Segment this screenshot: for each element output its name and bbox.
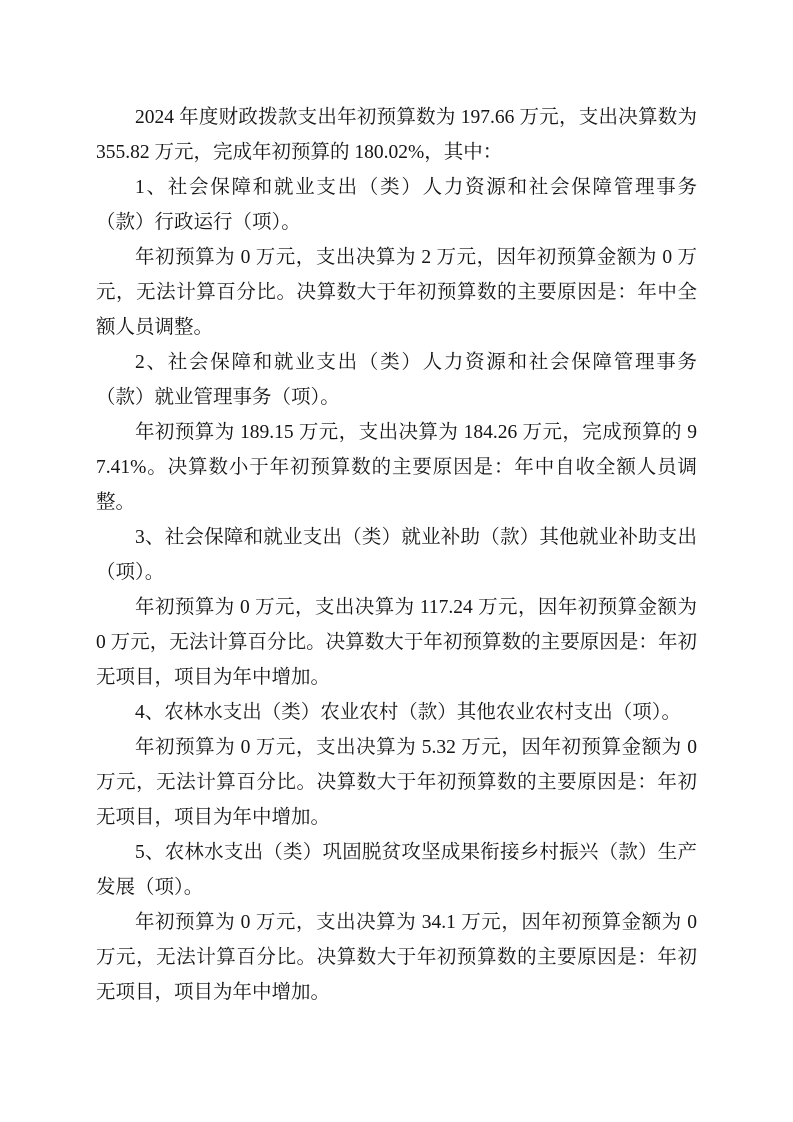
document-page: 2024 年度财政拨款支出年初预算数为 197.66 万元，支出决算数为 355…	[0, 0, 793, 1122]
paragraph-item1-detail: 年初预算为 0 万元，支出决算为 2 万元，因年初预算金额为 0 万元，无法计算…	[96, 240, 697, 345]
paragraph-item5-detail: 年初预算为 0 万元，支出决算为 34.1 万元，因年初预算金额为 0 万元，无…	[96, 905, 697, 1010]
paragraph-item1-title: 1、社会保障和就业支出（类）人力资源和社会保障管理事务（款）行政运行（项）。	[96, 170, 697, 240]
document-body: 2024 年度财政拨款支出年初预算数为 197.66 万元，支出决算数为 355…	[96, 100, 697, 1010]
paragraph-item3-title: 3、社会保障和就业支出（类）就业补助（款）其他就业补助支出（项）。	[96, 520, 697, 590]
paragraph-item2-title: 2、社会保障和就业支出（类）人力资源和社会保障管理事务（款）就业管理事务（项）。	[96, 345, 697, 415]
paragraph-item2-detail: 年初预算为 189.15 万元，支出决算为 184.26 万元，完成预算的 97…	[96, 415, 697, 520]
paragraph-item4-title: 4、农林水支出（类）农业农村（款）其他农业农村支出（项）。	[96, 695, 697, 730]
paragraph-item3-detail: 年初预算为 0 万元，支出决算为 117.24 万元，因年初预算金额为 0 万元…	[96, 590, 697, 695]
paragraph-item4-detail: 年初预算为 0 万元，支出决算为 5.32 万元，因年初预算金额为 0 万元，无…	[96, 730, 697, 835]
paragraph-item5-title: 5、农林水支出（类）巩固脱贫攻坚成果衔接乡村振兴（款）生产发展（项）。	[96, 835, 697, 905]
paragraph-summary: 2024 年度财政拨款支出年初预算数为 197.66 万元，支出决算数为 355…	[96, 100, 697, 170]
